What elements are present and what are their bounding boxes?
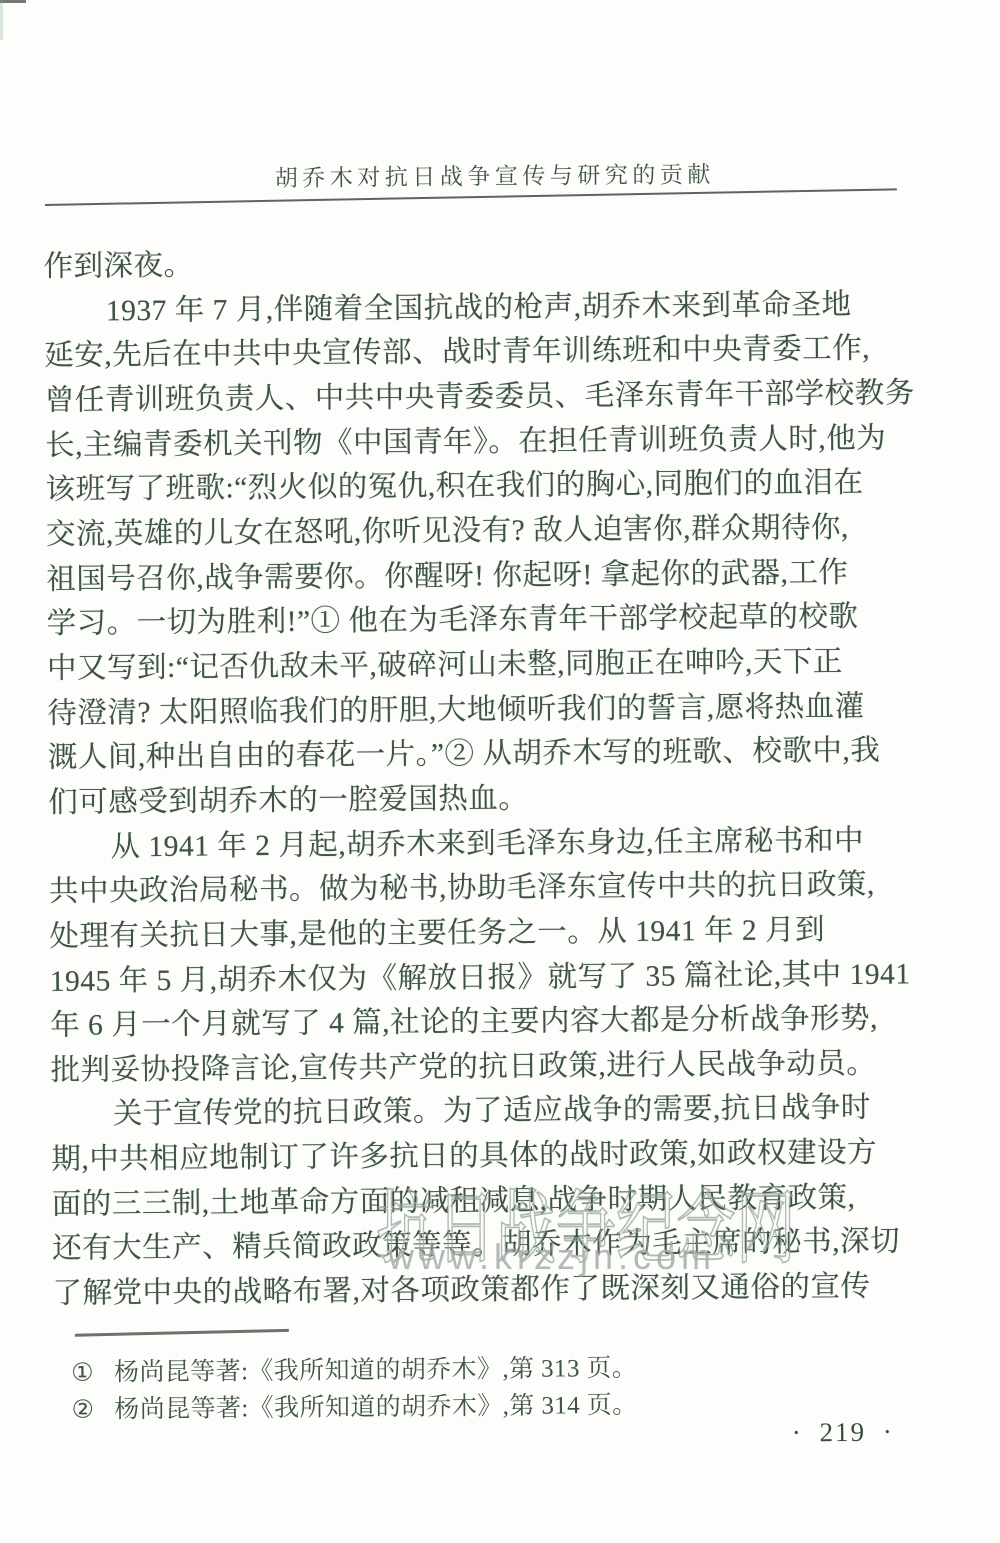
body-text-line: 1945 年 5 月,胡乔木仅为《解放日报》就写了 35 篇社论,其中 1941 [50, 952, 912, 1004]
footnote-divider-line [75, 1329, 289, 1336]
body-text-line: 从 1941 年 2 月起,胡乔木来到毛泽东身边,任主席秘书和中 [48, 818, 910, 870]
footnote-marker: ② [71, 1396, 94, 1423]
body-text-line: 曾任青训班负责人、中共中央青委委员、毛泽东青年干部学校教务 [45, 371, 907, 423]
footnote-text: 杨尚昆等著:《我所知道的胡乔木》,第 314 页。 [114, 1391, 637, 1423]
body-text-line: 们可感受到胡乔木的一腔爱国热血。 [48, 773, 910, 825]
body-text-line: 年 6 月一个月就写了 4 篇,社论的主要内容大都是分析战争形势, [50, 997, 912, 1049]
scanned-book-page: 胡乔木对抗日战争宣传与研究的贡献 作到深夜。1937 年 7 月,伴随着全国抗战… [0, 0, 1000, 1543]
footnote-marker: ① [71, 1360, 94, 1387]
body-text-line: 该班写了班歌:“烈火似的冤仇,积在我们的胸心,同胞们的血泪在 [45, 461, 907, 513]
footnote-text: 杨尚昆等著:《我所知道的胡乔木》,第 313 页。 [114, 1355, 637, 1387]
body-text-line: 面的三三制,土地革命方面的减租减息,战争时期人民教育政策, [52, 1175, 914, 1227]
footnote-line: ①杨尚昆等著:《我所知道的胡乔木》,第 313 页。 [71, 1350, 771, 1393]
body-text-line: 处理有关抗日大事,是他的主要任务之一。从 1941 年 2 月到 [49, 907, 911, 959]
page-content: 胡乔木对抗日战争宣传与研究的贡献 作到深夜。1937 年 7 月,伴随着全国抗战… [0, 0, 1000, 1543]
body-text-block: 作到深夜。1937 年 7 月,伴随着全国抗战的枪声,胡乔木来到革命圣地延安,先… [43, 237, 914, 1316]
scan-corner-artifact [0, 0, 26, 3]
body-text-line: 交流,英雄的儿女在怒吼,你听见没有? 敌人迫害你,群众期待你, [46, 505, 908, 557]
body-text-line: 学习。一切为胜利!”① 他在为毛泽东青年干部学校起草的校歌 [47, 595, 909, 647]
body-text-line: 待澄清? 太阳照临我们的肝胆,大地倾听我们的誓言,愿将热血灌 [47, 684, 909, 736]
body-text-line: 了解党中央的战略布署,对各项政策都作了既深刻又通俗的宣传 [52, 1264, 914, 1316]
body-text-line: 溉人间,种出自由的春花一片。”② 从胡乔木写的班歌、校歌中,我 [48, 729, 910, 781]
page-number: · 219 · [792, 1417, 894, 1449]
body-text-line: 中又写到:“记否仇敌未平,破碎河山未整,同胞正在呻吟,天下正 [47, 639, 909, 691]
footnote-block: ①杨尚昆等著:《我所知道的胡乔木》,第 313 页。②杨尚昆等著:《我所知道的胡… [71, 1350, 772, 1429]
body-text-line: 关于宣传党的抗日政策。为了适应战争的需要,抗日战争时 [51, 1086, 913, 1138]
body-text-line: 期,中共相应地制订了许多抗日的具体的战时政策,如政权建设方 [51, 1131, 913, 1183]
body-text-line: 延安,先后在中共中央宣传部、战时青年训练班和中央青委工作, [44, 327, 906, 379]
body-text-line: 长,主编青委机关刊物《中国青年》。在担任青训班负责人时,他为 [45, 416, 907, 468]
footnote-line: ②杨尚昆等著:《我所知道的胡乔木》,第 314 页。 [71, 1386, 771, 1429]
body-text-line: 共中央政治局秘书。做为秘书,协助毛泽东宣传中共的抗日政策, [49, 863, 911, 915]
body-text-line: 祖国号召你,战争需要你。你醒呀! 你起呀! 拿起你的武器,工作 [46, 550, 908, 602]
body-text-line: 1937 年 7 月,伴随着全国抗战的枪声,胡乔木来到革命圣地 [44, 282, 906, 334]
body-text-line: 作到深夜。 [43, 237, 905, 289]
body-text-line: 还有大生产、精兵简政政策等等。胡乔木作为毛主席的秘书,深切 [52, 1220, 914, 1272]
body-text-line: 批判妥协投降言论,宣传共产党的抗日政策,进行人民战争动员。 [50, 1041, 912, 1093]
